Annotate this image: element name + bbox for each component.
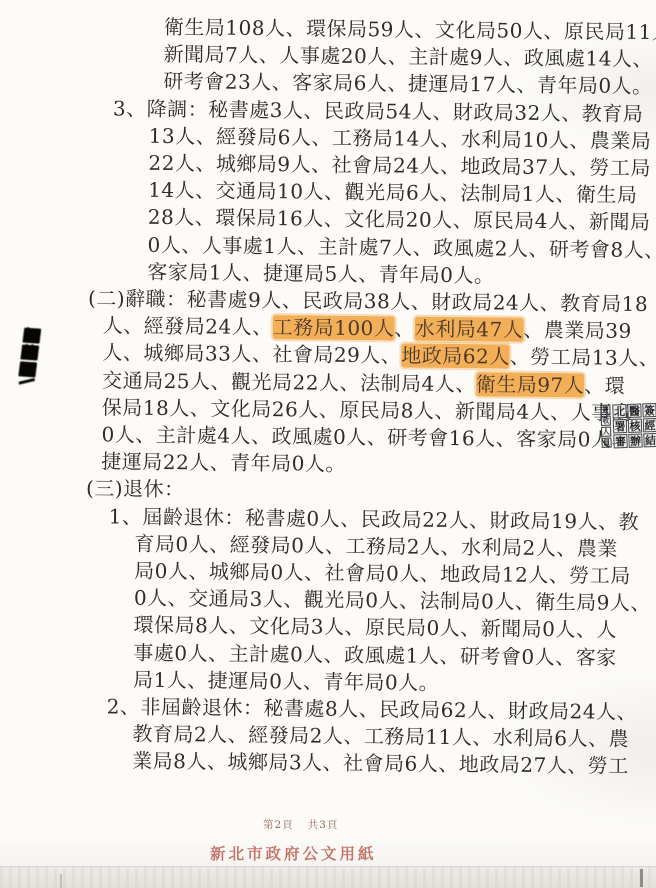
text-segment: 新聞局7人、人事處20人、主計處9人、政風處14人、 [163,42,653,71]
text-segment: 衛生局108人、環保局59人、文化局50人、原民局11人、 [164,15,656,45]
pages-total-label: 共3頁 [308,819,339,831]
stamp-grid-character: 審 [613,434,627,448]
stamp-grid-character: 結 [643,433,656,447]
text-segment: 保局18人、文化局26人、原民局8人、新聞局4人、人事處 [102,395,633,425]
text-line: 業局8人、城鄉局3人、社會局6人、地政局27人、勞工 [132,748,648,781]
highlighted-segment: 衛生局97人 [476,372,585,397]
text-segment: 事處0人、主計處0人、政風處1人、研考會0人、客家 [133,640,617,669]
text-segment: 28人、環保局16人、文化局20人、原民局4人、新聞局 [148,205,651,234]
stamp-side-character: 收 [601,416,611,426]
stamp-side-character: 員 [601,438,611,448]
text-segment: 、 [394,317,415,341]
text-segment: 交通局25人、觀光局22人、法制局4人、 [102,368,476,396]
text-segment: (二)辭職：秘書處9人、民政局38人、財政局24人、教育局18 [88,286,648,316]
official-paper-label: 新北市政府公文用紙 [210,842,377,864]
text-segment: 育局0人、經發局0人、工務局2人、水利局2人、農業 [134,532,618,561]
stamp-grid-character: 署 [613,419,627,433]
text-segment: 局0人、城鄉局0人、社會局0人、地政局12人、勞工局 [134,559,631,588]
text-segment: 0人、主計處4人、政風處0人、研考會16人、客家局0人、 [101,422,632,452]
text-segment: 0人、人事處1人、主計處7人、政風處2人、研考會8人、 [147,232,656,261]
stamp-character-grid: 北醫簽署核經審辦結 [612,403,656,449]
text-segment: 人、城鄉局33人、社會局29人、 [102,341,401,368]
text-segment: 2、非屆齡退休：秘書處8人、民政局62人、財政局24人、 [107,694,638,724]
stamp-grid-character: 核 [628,418,642,432]
text-segment: 客家局1人、捷運局5人、青年局0人。 [147,260,494,288]
stamp-side-column: 簽收人員 [600,405,612,449]
text-segment: 0人、交通局3人、觀光局0人、法制局0人、衛生局9人、 [134,586,651,615]
stamp-side-character: 人 [601,427,611,437]
text-segment: 22人、城鄉局9人、社會局24人、地政局37人、勞工局 [148,151,651,180]
text-segment: 14人、交通局10人、觀光局6人、法制局1人、衛生局 [148,178,638,207]
text-segment: 業局8人、城鄉局3人、社會局6人、地政局27人、勞工 [132,749,629,778]
seal-character: 訊 [22,328,41,344]
highlighted-segment: 地政局62人 [401,344,510,369]
scan-edge-mark-right [640,869,643,887]
stamp-grid-character: 簽 [642,403,656,417]
seal-character: 簽 [20,344,39,360]
stamp-side-character: 簽 [600,405,610,415]
text-segment: 人、經發局24人、 [103,314,273,340]
text-segment: 局1人、捷運局0人、青年局0人。 [133,668,439,695]
stamp-grid-character: 醫 [627,403,641,417]
text-segment: 環保局8人、文化局3人、原民局0人、新聞局0人、人 [133,613,617,642]
highlighted-segment: 水利局47人 [415,317,524,342]
text-segment: 、環 [584,373,625,397]
page-current-label: 第2頁 [263,819,294,831]
seal-character: 國 [18,361,37,377]
text-segment: 、農業局39 [523,318,632,343]
text-segment: 研考會23人、客家局6人、捷運局17人、青年局0人。 [163,69,653,98]
document-body-text: 衛生局108人、環保局59人、文化局50人、原民局11人、新聞局7人、人事處20… [0,12,656,781]
text-segment: 13人、經發局6人、工務局14人、水利局10人、農業局 [149,124,652,153]
text-segment: 3、降調：秘書處3人、民政局54人、財政局32人、教育局 [113,96,644,126]
stamp-grid-character: 北 [612,404,626,418]
scan-edge-band [0,866,656,888]
stamp-grid-character: 經 [643,418,656,432]
text-segment: 、勞工局13人、 [510,345,656,371]
right-office-stamp: 簽收人員 北醫簽署核經審辦結 [600,403,654,449]
text-segment: 教育局2人、經發局2人、工務局11人、水利局6人、農 [132,722,629,751]
text-segment: (三)退休： [86,477,185,502]
scan-edge-mark-left [60,874,62,888]
highlighted-segment: 工務局100人 [273,315,395,340]
text-segment: 捷運局22人、青年局0人。 [101,450,346,477]
page-indicator: 第2頁共3頁 [263,817,338,832]
stamp-grid-character: 辦 [628,433,642,447]
text-segment: 1、屆齡退休：秘書處0人、民政局22人、財政局19人、教 [109,504,640,534]
